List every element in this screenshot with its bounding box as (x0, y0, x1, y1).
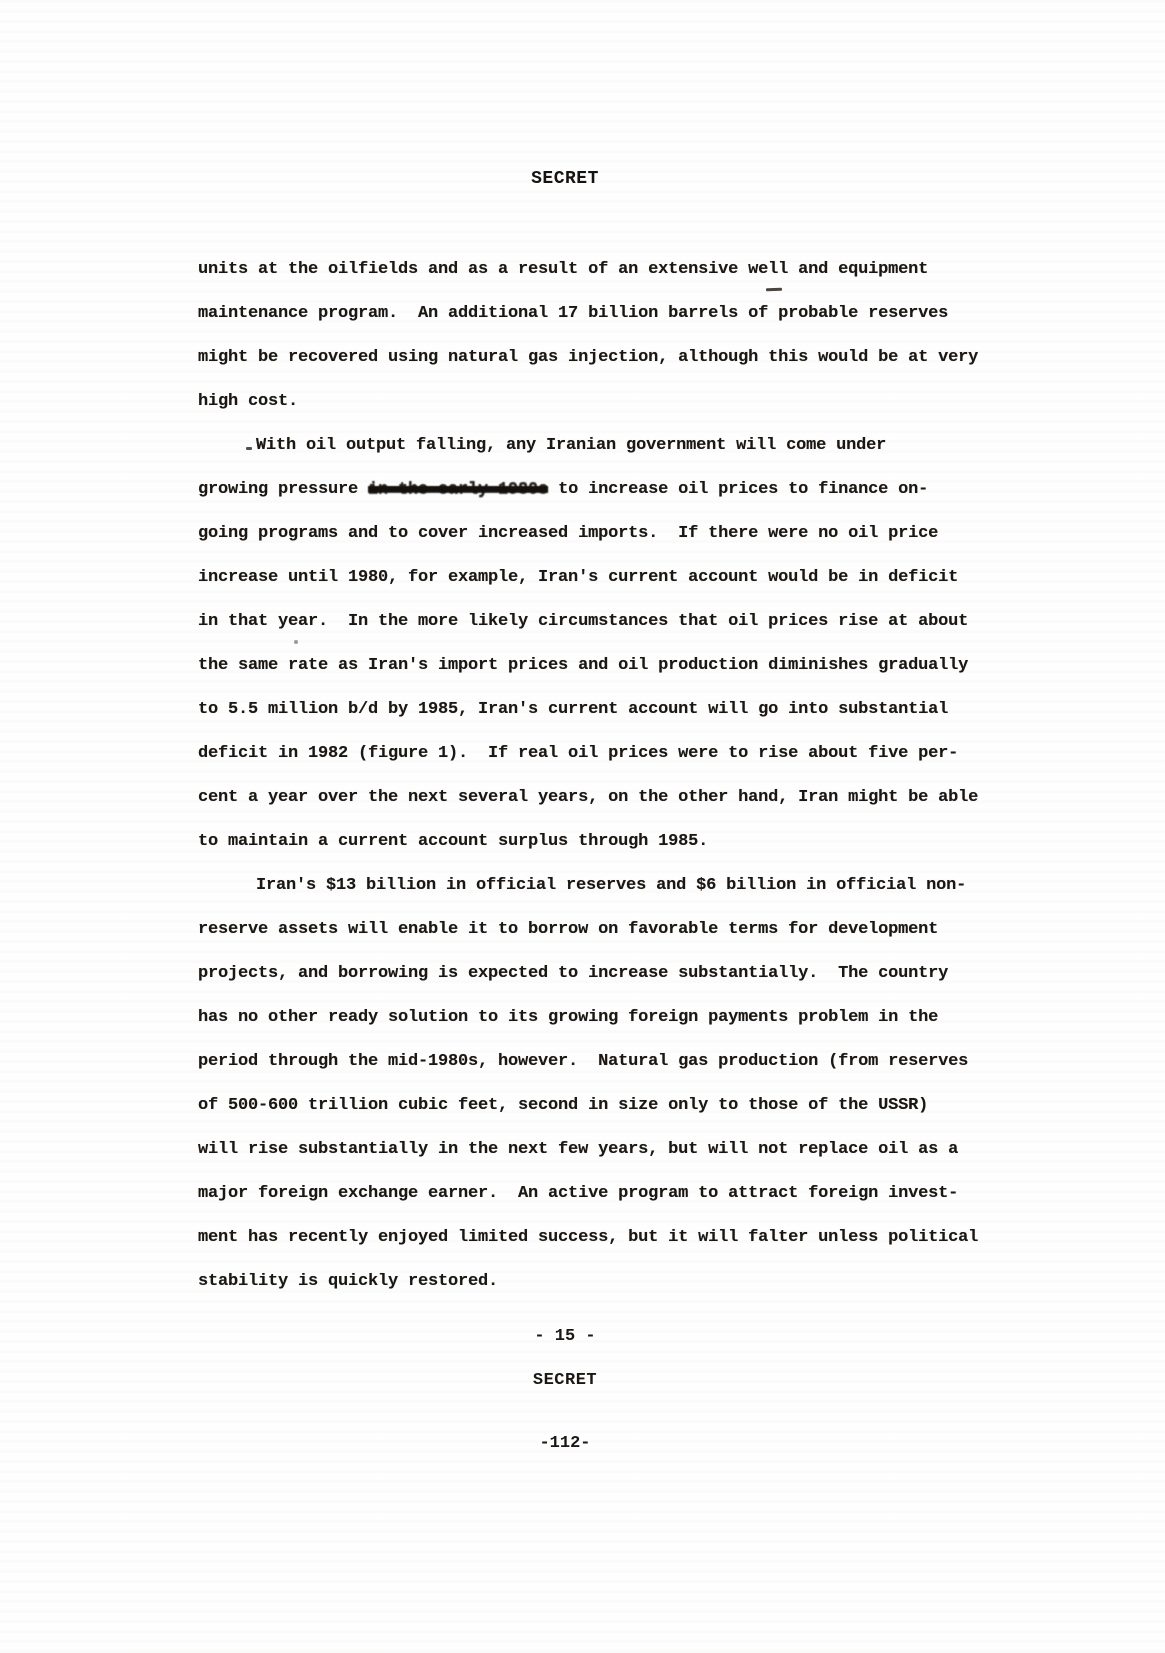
text-segment: growing pressure (198, 480, 368, 499)
text-line: stability is quickly restored. (198, 1260, 1010, 1304)
text-line: maintenance program. An additional 17 bi… (198, 292, 1010, 336)
text-segment: has no other ready solution to its growi… (198, 1008, 938, 1027)
text-line: ment has recently enjoyed limited succes… (198, 1216, 1010, 1260)
footer-reference-number: -112- (0, 1434, 1130, 1453)
text-segment: of 500-600 trillion cubic feet, second i… (198, 1096, 928, 1115)
text-segment: reserve assets will enable it to borrow … (198, 920, 938, 939)
text-line: major foreign exchange earner. An active… (198, 1172, 1010, 1216)
text-segment: deficit in 1982 (figure 1). If real oil … (198, 744, 958, 763)
text-segment: period through the mid-1980s, however. N… (198, 1052, 968, 1071)
text-segment: units at the oilfields and as a result o… (198, 260, 928, 279)
text-segment: in that year. In the more likely circums… (198, 612, 968, 631)
header-classification: SECRET (0, 169, 1130, 189)
text-segment: cent a year over the next several years,… (198, 788, 978, 807)
text-line: might be recovered using natural gas inj… (198, 336, 1010, 380)
text-line: of 500-600 trillion cubic feet, second i… (198, 1084, 1010, 1128)
text-line: cent a year over the next several years,… (198, 776, 1010, 820)
text-segment: going programs and to cover increased im… (198, 524, 938, 543)
text-line: Iran's $13 billion in official reserves … (198, 864, 1010, 908)
text-line: With oil output falling, any Iranian gov… (198, 424, 1010, 468)
text-line: period through the mid-1980s, however. N… (198, 1040, 1010, 1084)
footer-classification: SECRET (0, 1371, 1130, 1390)
text-segment: high cost. (198, 392, 298, 411)
text-line: high cost. (198, 380, 1010, 424)
scan-artifact (246, 447, 252, 450)
text-line: units at the oilfields and as a result o… (198, 248, 1010, 292)
text-line: going programs and to cover increased im… (198, 512, 1010, 556)
text-line: has no other ready solution to its growi… (198, 996, 1010, 1040)
text-segment: stability is quickly restored. (198, 1272, 498, 1291)
text-line: to 5.5 million b/d by 1985, Iran's curre… (198, 688, 1010, 732)
scan-artifact (294, 640, 298, 644)
text-segment: will rise substantially in the next few … (198, 1140, 958, 1159)
text-line: in that year. In the more likely circums… (198, 600, 1010, 644)
text-segment: Iran's $13 billion in official reserves … (256, 876, 966, 895)
text-line: growing pressure in the early 1980s to i… (198, 468, 1010, 512)
text-segment: ment has recently enjoyed limited succes… (198, 1228, 978, 1247)
text-segment: to increase oil prices to finance on- (548, 480, 928, 499)
text-line: to maintain a current account surplus th… (198, 820, 1010, 864)
text-segment: to 5.5 million b/d by 1985, Iran's curre… (198, 700, 948, 719)
scan-artifact (766, 288, 782, 292)
text-segment: maintenance program. An additional 17 bi… (198, 304, 948, 323)
text-segment: might be recovered using natural gas inj… (198, 348, 978, 367)
text-line: will rise substantially in the next few … (198, 1128, 1010, 1172)
document-body: units at the oilfields and as a result o… (198, 248, 1010, 1304)
text-segment: projects, and borrowing is expected to i… (198, 964, 948, 983)
text-line: the same rate as Iran's import prices an… (198, 644, 1010, 688)
text-segment: the same rate as Iran's import prices an… (198, 656, 968, 675)
struck-out-text: in the early 1980s (368, 480, 548, 499)
text-segment: to maintain a current account surplus th… (198, 832, 708, 851)
scanned-document-page: SECRET units at the oilfields and as a r… (0, 0, 1165, 1653)
text-segment: major foreign exchange earner. An active… (198, 1184, 958, 1203)
text-line: increase until 1980, for example, Iran's… (198, 556, 1010, 600)
text-line: projects, and borrowing is expected to i… (198, 952, 1010, 996)
text-line: deficit in 1982 (figure 1). If real oil … (198, 732, 1010, 776)
text-segment: With oil output falling, any Iranian gov… (256, 436, 886, 455)
text-line: reserve assets will enable it to borrow … (198, 908, 1010, 952)
footer-page-number: - 15 - (0, 1327, 1130, 1346)
text-segment: increase until 1980, for example, Iran's… (198, 568, 958, 587)
